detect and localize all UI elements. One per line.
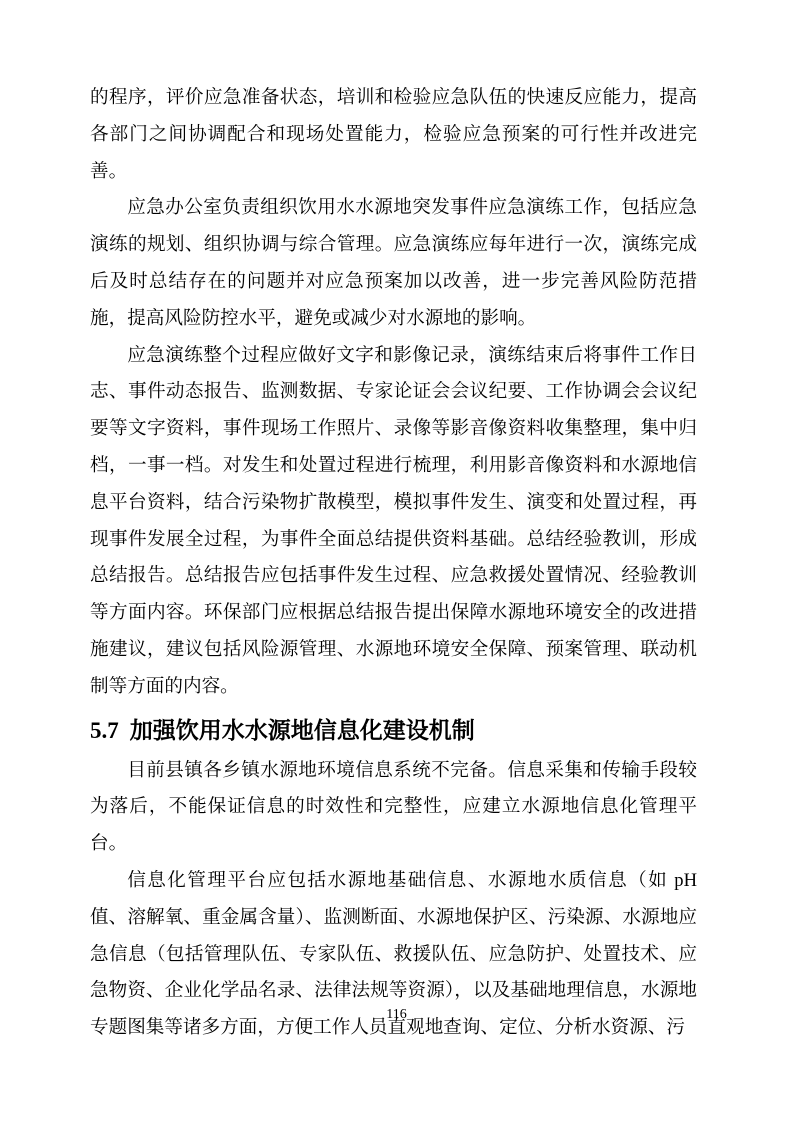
paragraph: 应急办公室负责组织饮用水水源地突发事件应急演练工作，包括应急演练的规划、组织协调… [90, 190, 697, 337]
section-number: 5.7 [90, 718, 119, 743]
paragraph: 目前县镇各乡镇水源地环境信息系统不完备。信息采集和传输手段较为落后，不能保证信息… [90, 753, 697, 863]
paragraph: 应急演练整个过程应做好文字和影像记录，演练结束后将事件工作日志、事件动态报告、监… [90, 338, 697, 706]
section-heading: 5.7加强饮用水水源地信息化建设机制 [90, 708, 697, 753]
document-content: 的程序，评价应急准备状态，培训和检验应急队伍的快速反应能力，提高各部门之间协调配… [90, 80, 697, 1047]
section-title: 加强饮用水水源地信息化建设机制 [130, 717, 475, 743]
page-number: 116 [0, 1005, 793, 1025]
paragraph: 的程序，评价应急准备状态，培训和检验应急队伍的快速反应能力，提高各部门之间协调配… [90, 80, 697, 190]
document-page: 的程序，评价应急准备状态，培训和检验应急队伍的快速反应能力，提高各部门之间协调配… [0, 0, 793, 1122]
